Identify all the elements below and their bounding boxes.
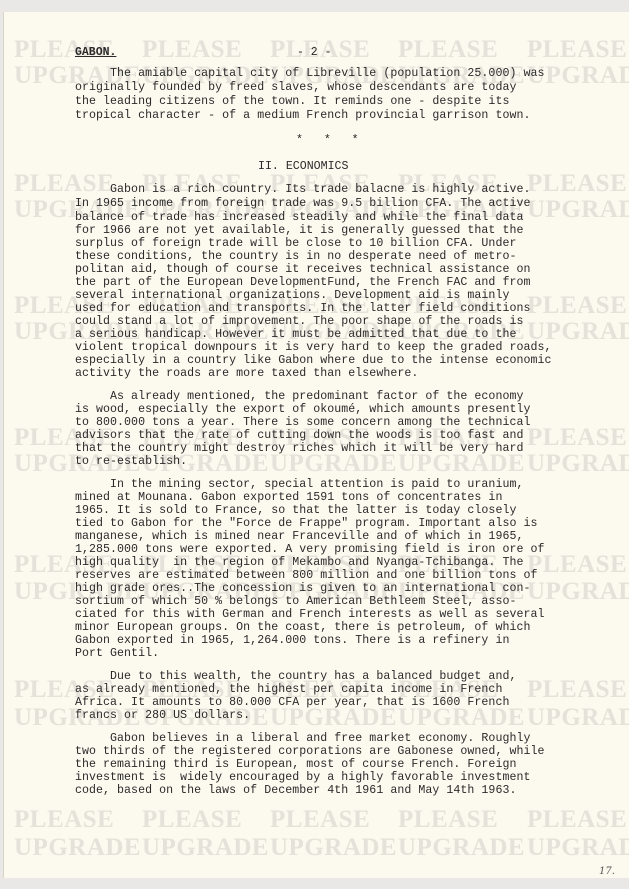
paragraph-line: investment is widely encouraged by a hig… xyxy=(75,771,530,784)
paragraph-line: Gabon exported in 1965, 1,264.000 tons. … xyxy=(75,634,509,647)
paragraph-line: that the country might destroy riches wh… xyxy=(75,442,523,455)
paragraph-line: reserves are estimated between 800 milli… xyxy=(75,569,538,582)
paragraph-line: the remaining third is European, most of… xyxy=(75,758,516,771)
paragraph-line: for 1966 are not yet available, it is ge… xyxy=(75,224,523,237)
paragraph-line: two thirds of the registered corporation… xyxy=(75,745,545,758)
section-heading: II. ECONOMICS xyxy=(258,160,348,173)
paragraph-line: advisors that the rate of cutting down t… xyxy=(75,429,523,442)
paragraph-line: politan aid, though of course it receive… xyxy=(75,263,530,276)
paragraph-line: mined at Mounana. Gabon exported 1591 to… xyxy=(75,491,502,504)
paragraph-line: In the mining sector, special attention … xyxy=(75,478,523,491)
paragraph-line: code, based on the laws of December 4th … xyxy=(75,784,516,797)
paragraph-line: Gabon is a rich country. Its trade balac… xyxy=(75,183,530,196)
paragraph-line: balance of trade has increased steadily … xyxy=(75,211,523,224)
paragraph-line: high quality in the region of Mekambo an… xyxy=(75,556,523,569)
paragraph-line: a serious handicap. However it must be a… xyxy=(75,328,516,341)
paragraph-line: As already mentioned, the predominant fa… xyxy=(75,390,523,403)
paragraph-line: minor European groups. On the coast, the… xyxy=(75,621,530,634)
paragraph-line: especially in a country like Gabon where… xyxy=(75,354,552,367)
intro-line: tropical character - of a medium French … xyxy=(75,109,530,122)
paragraph-line: manganese, which is mined near Francevil… xyxy=(75,530,523,543)
paragraph-line: 1,285.000 tons were exported. A very pro… xyxy=(75,543,545,556)
handwritten-page-mark: 17. xyxy=(599,866,615,877)
paragraph-line: In 1965 income from foreign trade was 9.… xyxy=(75,197,530,210)
paragraph-line: surplus of foreign trade will be close t… xyxy=(75,237,516,250)
page-number: - 2 - xyxy=(297,46,332,59)
paragraph-line: high grade ores..The concession is given… xyxy=(75,582,530,595)
paragraph-line: Gabon believes in a liberal and free mar… xyxy=(75,732,530,745)
paragraph-line: 1965. It is sold to France, so that the … xyxy=(75,504,516,517)
document-content: GABON. - 2 - The amiable capital city of… xyxy=(0,0,629,889)
paragraph-line: the part of the European DevelopmentFund… xyxy=(75,276,530,289)
paragraph-line: Africa. It amounts to 80.000 CFA per yea… xyxy=(75,696,509,709)
paragraph-line: used for education and transports. In th… xyxy=(75,302,530,315)
paragraph-line: sortium of which 50 % belongs to America… xyxy=(75,595,516,608)
paragraph-line: activity the roads are more taxed than e… xyxy=(75,367,418,380)
paragraph-line: these conditions, the country is in no d… xyxy=(75,250,516,263)
paragraph-line: several international organizations. Dev… xyxy=(75,289,509,302)
paragraph-line: ciated for this with German and French i… xyxy=(75,608,545,621)
paragraph-line: to 800.000 tons a year. There is some co… xyxy=(75,416,530,429)
paragraph-line: Port Gentil. xyxy=(75,647,159,660)
paragraph-line: could stand a lot of improvement. The po… xyxy=(75,315,523,328)
header-title: GABON. xyxy=(75,46,116,59)
intro-line: originally founded by freed slaves, whos… xyxy=(75,81,516,94)
paragraph-line: tied to Gabon for the "Force de Frappe" … xyxy=(75,517,538,530)
section-separator: * * * xyxy=(296,134,359,147)
intro-line: the leading citizens of the town. It rem… xyxy=(75,95,509,108)
paragraph-line: francs or 280 US dollars. xyxy=(75,709,250,722)
paragraph-line: as already mentioned, the highest per ca… xyxy=(75,683,502,696)
paragraph-line: to re-establish. xyxy=(75,455,187,468)
intro-line: The amiable capital city of Libreville (… xyxy=(75,67,545,80)
paragraph-line: is wood, especially the export of okoumé… xyxy=(75,403,530,416)
paragraph-line: violent tropical downpours it is very ha… xyxy=(75,341,552,354)
document-header: GABON. xyxy=(75,46,116,59)
paragraph-line: Due to this wealth, the country has a ba… xyxy=(75,670,516,683)
